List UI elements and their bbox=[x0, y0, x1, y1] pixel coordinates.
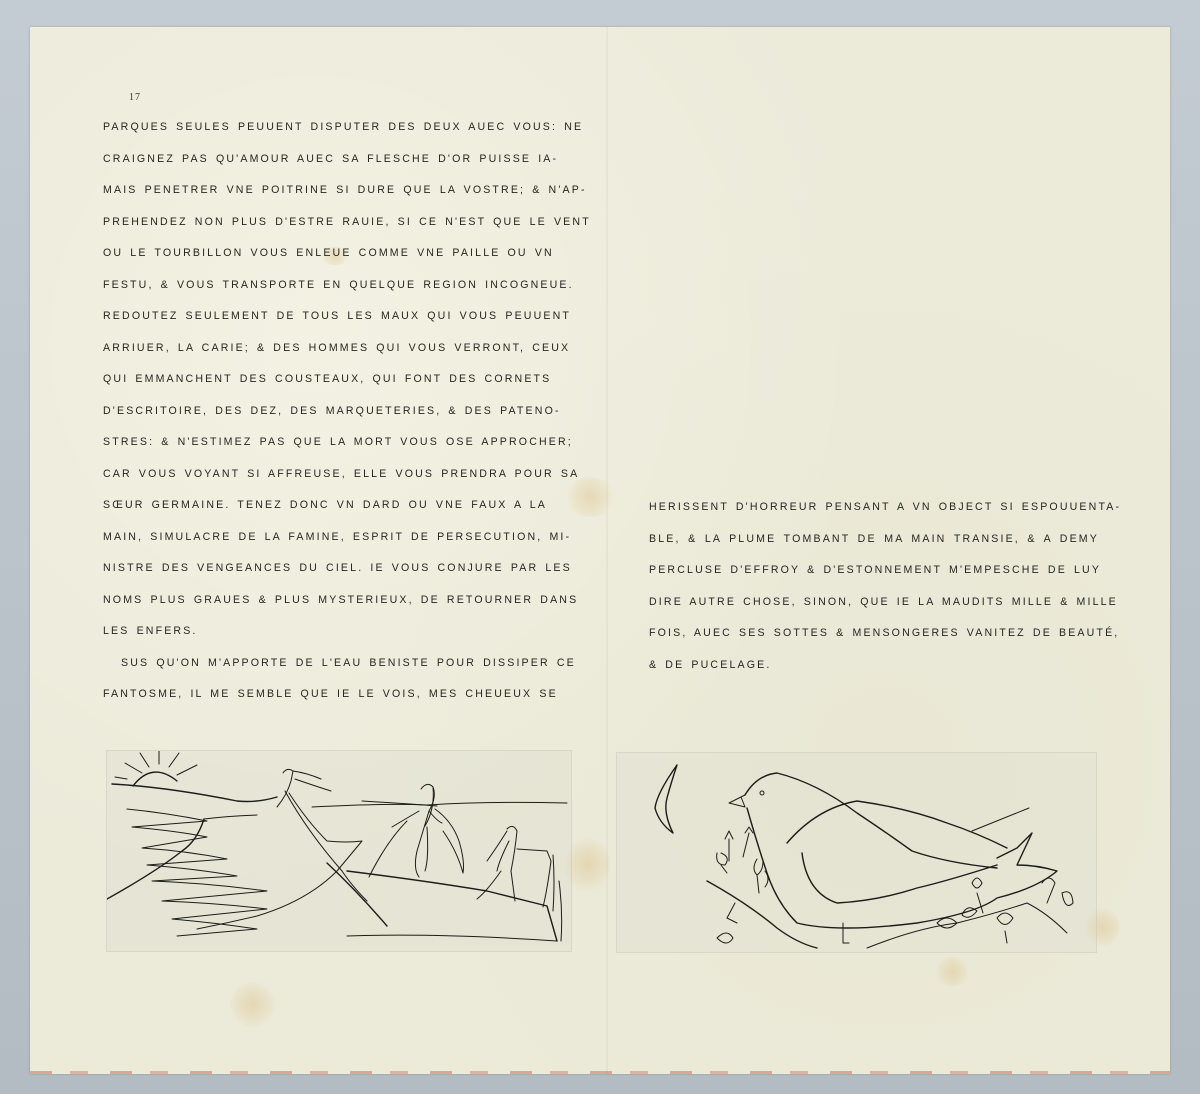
right-page-text: herissent d'horreur pensant a vn object … bbox=[649, 492, 1099, 681]
text-line: prehendez non plus d'estre rauie, si ce … bbox=[103, 207, 546, 239]
text-line: & de pucelage. bbox=[649, 650, 1099, 682]
text-line: car vous voyant si affreuse, elle vous p… bbox=[103, 459, 546, 491]
text-line: noms plus graues & plus mysterieux, de r… bbox=[103, 585, 546, 617]
left-page-text: Parques seules peuuent disputer des deux… bbox=[103, 112, 546, 711]
text-line: qui emmanchent des cousteaux, qui font d… bbox=[103, 364, 546, 396]
center-fold bbox=[606, 27, 608, 1074]
foxing-stain bbox=[230, 982, 275, 1027]
text-line: stres: & n'estimez pas que la mort vous … bbox=[103, 427, 546, 459]
text-line: Redoutez seulement de tous les maux qui … bbox=[103, 301, 546, 333]
text-line: main, simulacre de la famine, esprit de … bbox=[103, 522, 546, 554]
text-line: nistre des vengeances du ciel. Ie vous c… bbox=[103, 553, 546, 585]
text-line: mais penetrer vne poitrine si dure que l… bbox=[103, 175, 546, 207]
text-line: ble, & la plume tombant de ma main trans… bbox=[649, 524, 1099, 556]
foxing-stain bbox=[935, 957, 970, 987]
book-spread: 17 Parques seules peuuent disputer des d… bbox=[30, 27, 1170, 1074]
text-line: sœur germaine. Tenez donc vn dard ou vne… bbox=[103, 490, 546, 522]
text-line: festu, & vous transporte en quelque regi… bbox=[103, 270, 546, 302]
text-line: d'escritoire, des dez, des marqueteries,… bbox=[103, 396, 546, 428]
text-line: les enfers. bbox=[103, 616, 546, 648]
text-line: Parques seules peuuent disputer des deux… bbox=[103, 112, 546, 144]
bird-etching-illustration bbox=[617, 753, 1096, 952]
text-line: fois, auec ses sottes & mensongeres vani… bbox=[649, 618, 1099, 650]
deckled-red-edge bbox=[30, 1071, 1170, 1074]
text-line: dire autre chose, sinon, que ie la maudi… bbox=[649, 587, 1099, 619]
text-line: fantosme, il me semble que ie le vois, m… bbox=[103, 679, 546, 711]
text-line: ou le tourbillon vous enleue comme vne p… bbox=[103, 238, 546, 270]
text-line: percluse d'effroy & d'estonnement m'empe… bbox=[649, 555, 1099, 587]
text-line: Sus qu'on m'apporte de l'eau beniste pou… bbox=[103, 648, 546, 680]
etching-bird-branch bbox=[616, 752, 1097, 953]
text-line: craignez pas qu'amour auec sa flesche d'… bbox=[103, 144, 546, 176]
landscape-etching-illustration bbox=[107, 751, 571, 951]
text-line: herissent d'horreur pensant a vn object … bbox=[649, 492, 1099, 524]
etching-landscape-figures bbox=[106, 750, 572, 952]
page-number: 17 bbox=[129, 92, 141, 103]
text-line: arriuer, la carie; & des hommes qui vous… bbox=[103, 333, 546, 365]
